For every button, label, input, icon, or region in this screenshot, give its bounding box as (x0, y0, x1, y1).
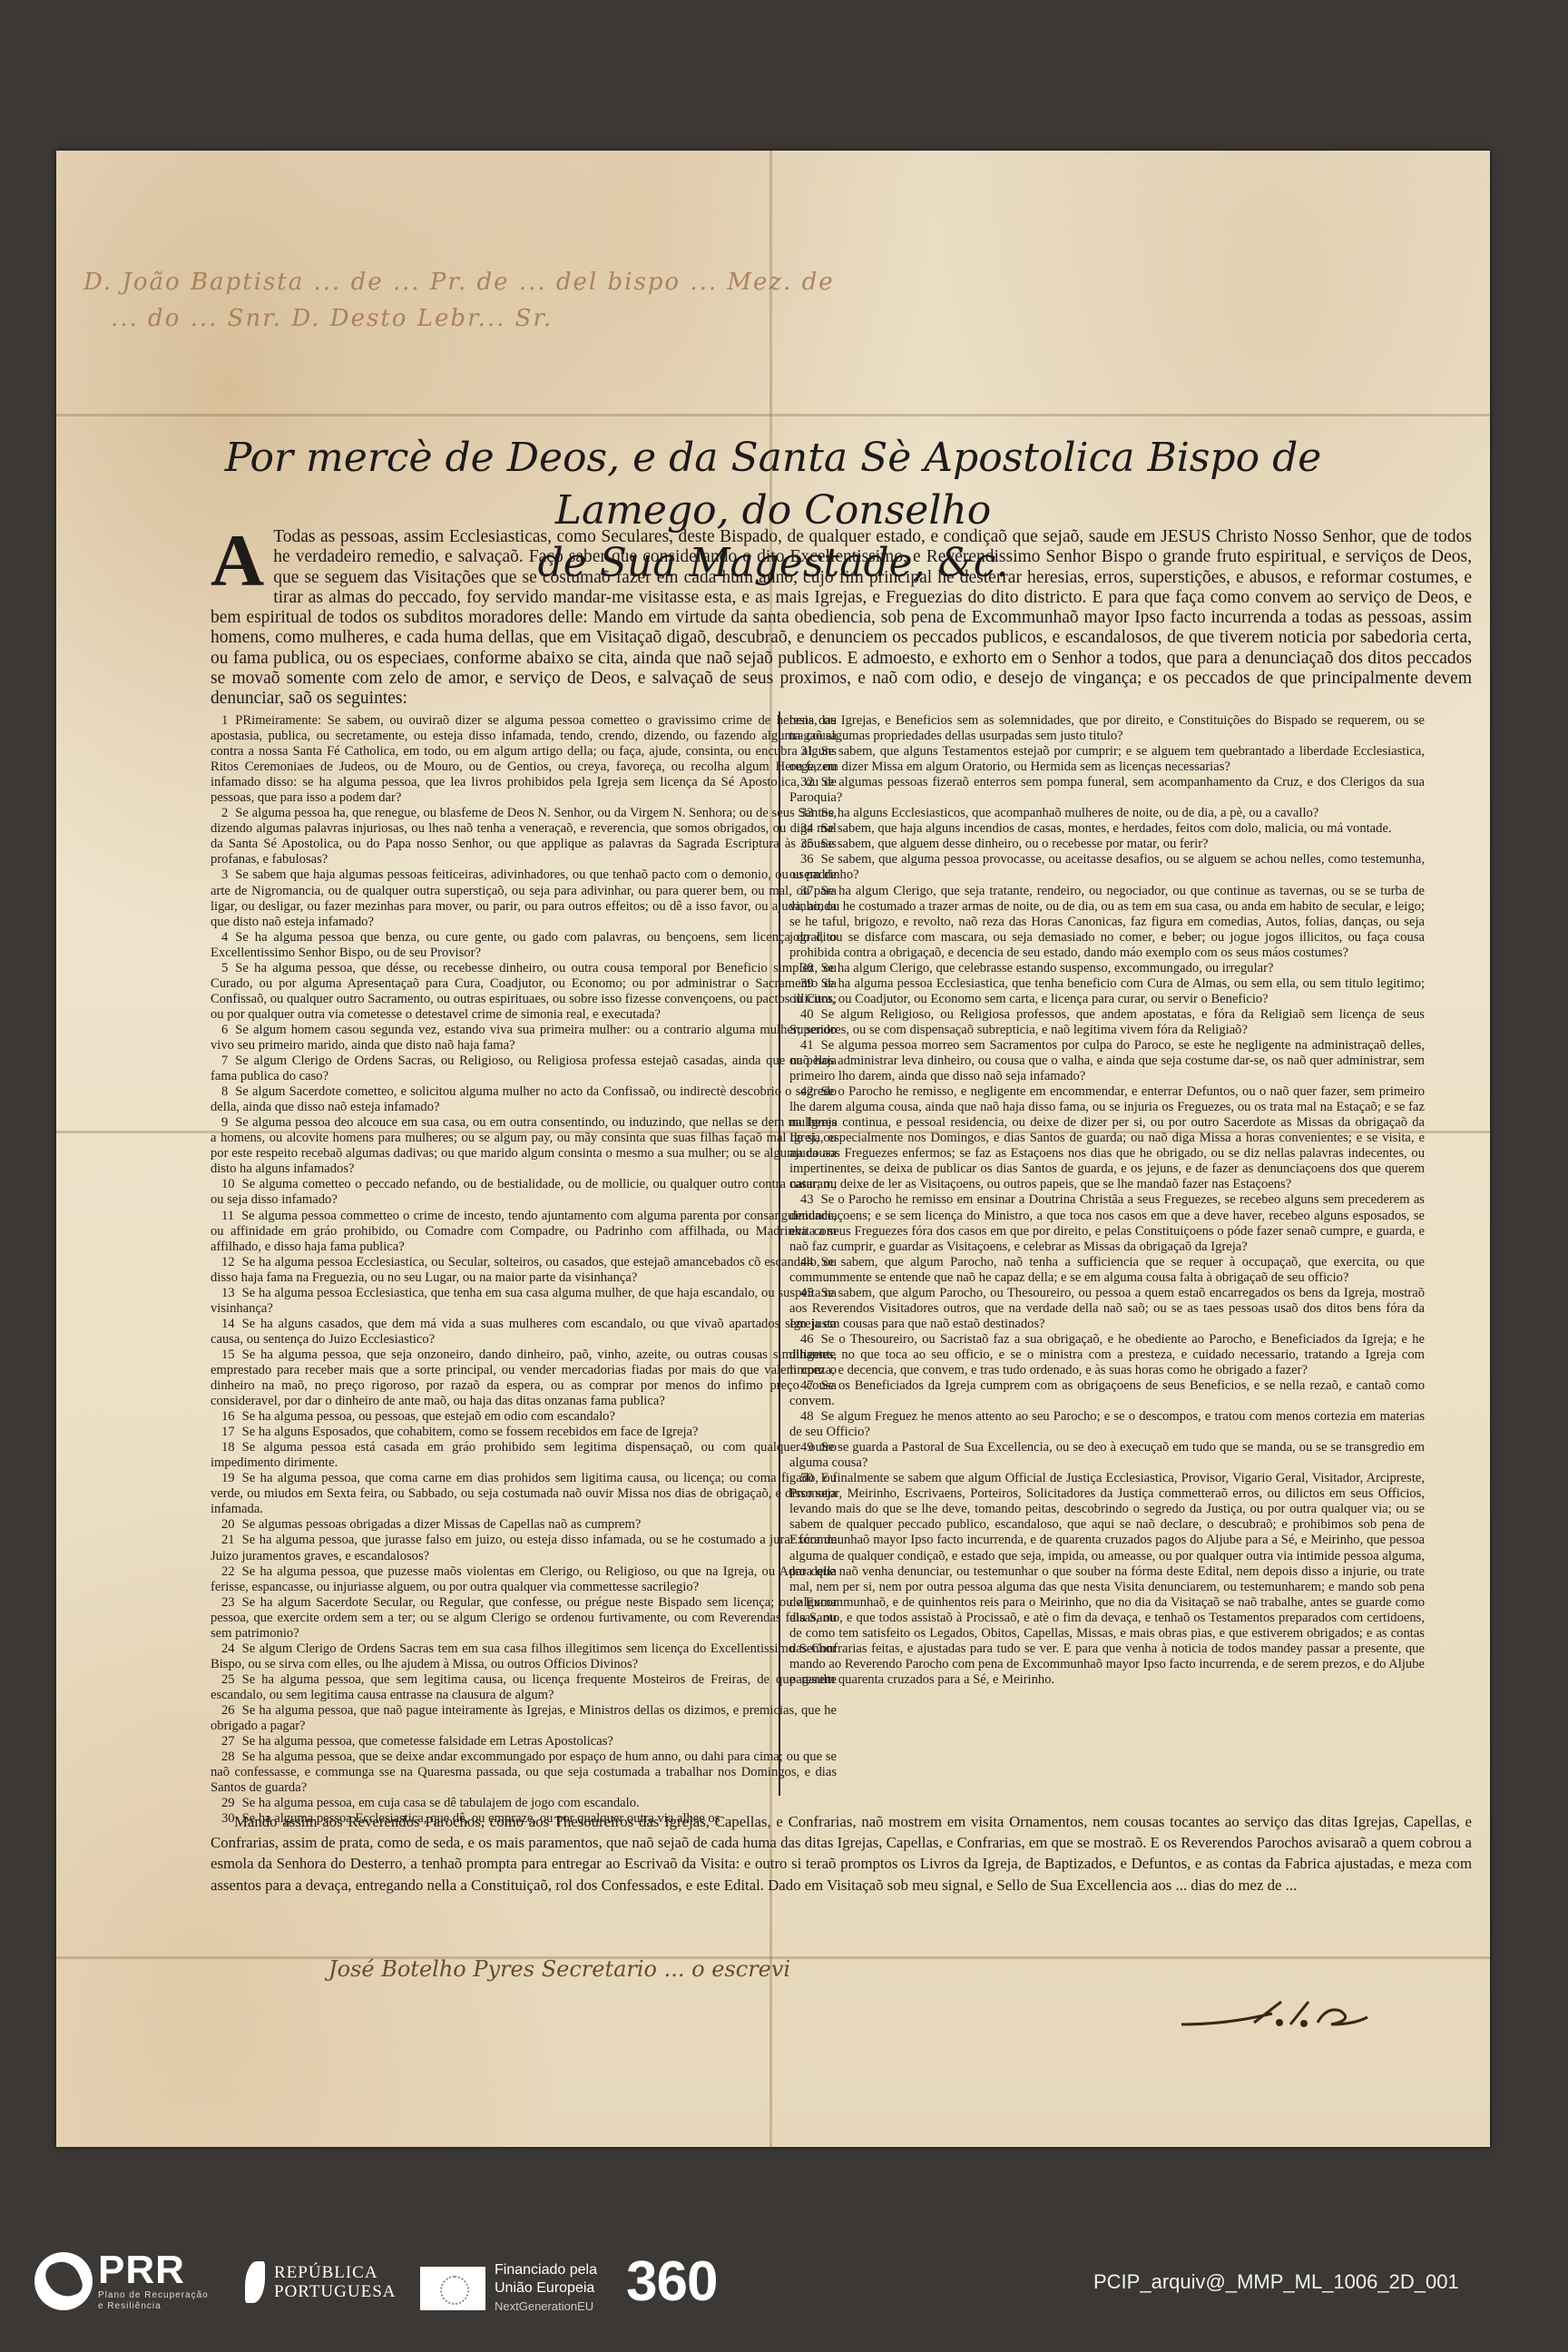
closing-paragraph: Mando assim aos Reverendos Parochos, com… (211, 1811, 1472, 1896)
article-item: 43Se o Parocho he remisso em ensinar a D… (789, 1192, 1425, 1254)
article-text: Se sabem, que alguma pessoa provocasse, … (789, 852, 1425, 882)
article-number: 48 (800, 1409, 814, 1424)
article-text: Se ha alguma pessoa, em cuja casa se dê … (242, 1796, 640, 1810)
article-number: 13 (221, 1286, 235, 1300)
article-item: 21Se ha alguma pessoa, que jurasse falso… (211, 1533, 837, 1563)
article-item: 13Se ha alguma pessoa Ecclesiastica, que… (211, 1286, 837, 1317)
article-number: 41 (800, 1038, 814, 1053)
article-text: Se algum Clerigo de Ordens Sacras tem em… (211, 1641, 837, 1671)
article-text: Se ha alguma pessoa, que naõ pague intei… (211, 1703, 837, 1733)
article-number: 4 (221, 930, 228, 945)
article-text: Se ha alguma pessoa Ecclesiastica, que t… (789, 976, 1425, 1006)
article-item: 17Se ha alguns Esposados, que cohabitem,… (211, 1425, 837, 1440)
article-item: 25Se ha alguma pessoa, que sem legitima … (211, 1672, 837, 1703)
prr-title: PRR (98, 2250, 209, 2290)
logo-360: 360 (626, 2254, 717, 2310)
article-item: 19Se ha alguma pessoa, que coma carne em… (211, 1471, 837, 1517)
article-text: Se algum homem casou segunda vez, estand… (211, 1023, 837, 1053)
prr-subtitle: e Resiliência (98, 2301, 209, 2312)
article-item: 37Se ha algum Clerigo, que seja tratante… (789, 884, 1425, 961)
article-item: 27Se ha alguma pessoa, que cometesse fal… (211, 1734, 837, 1749)
article-text: Se ha alguma pessoa, que se deixe andar … (211, 1749, 837, 1795)
prr-logo: PRR Plano de Recuperação e Resiliência (34, 2250, 209, 2312)
article-item: 42Se o Parocho he remisso, e negligente … (789, 1084, 1425, 1192)
article-number: 7 (221, 1053, 228, 1068)
article-text: Se sabem, que algum Parocho, ou Thesoure… (789, 1286, 1425, 1331)
eu-text: NextGenerationEU (495, 2298, 597, 2316)
article-text: Se alguma pessoa está casada em gráo pro… (211, 1440, 837, 1470)
article-text: Se alguma pessoa morreo sem Sacramentos … (789, 1038, 1425, 1083)
article-item: 40Se algum Religioso, ou Religiosa profe… (789, 1007, 1425, 1038)
article-number: 43 (800, 1192, 814, 1207)
article-text: Se ha alguma pessoa, que seja onzoneiro,… (211, 1347, 837, 1408)
article-item: 23Se ha algum Sacerdote Secular, ou Regu… (211, 1595, 837, 1641)
article-number: 18 (221, 1440, 235, 1455)
article-number: 9 (221, 1115, 228, 1130)
article-number: 45 (800, 1286, 814, 1300)
article-item: 34Se sabem, que haja alguns incendios de… (789, 821, 1425, 837)
eu-text: União Europeia (495, 2279, 597, 2298)
title-line-1: Por mercè de Deos, e da Santa Sè Apostol… (147, 432, 1399, 537)
article-item: 26Se ha alguma pessoa, que naõ pague int… (211, 1703, 837, 1734)
article-number: 26 (221, 1703, 235, 1718)
article-item: 29Se ha alguma pessoa, em cuja casa se d… (211, 1796, 837, 1811)
article-item: 47Se os Beneficiados da Igreja cumprem c… (789, 1378, 1425, 1409)
article-item: 6Se algum homem casou segunda vez, estan… (211, 1023, 837, 1053)
article-item: 22Se ha alguma pessoa, que puzesse maõs … (211, 1564, 837, 1595)
article-item: 31Se sabem, que alguns Testamentos estej… (789, 744, 1425, 775)
article-text: Se sabem que haja algumas pessoas feitic… (211, 867, 837, 928)
article-text: bens das Igrejas, e Beneficios sem as so… (789, 713, 1425, 743)
article-item: 45Se sabem, que algum Parocho, ou Thesou… (789, 1286, 1425, 1332)
article-number: 8 (221, 1084, 228, 1099)
republica-portuguesa-logo: REPÚBLICA PORTUGUESA (245, 2261, 396, 2303)
article-number: 42 (800, 1084, 814, 1099)
article-number: 1 (221, 713, 228, 728)
article-text: Se ha alguma pessoa Ecclesiastica, que t… (211, 1286, 837, 1316)
article-number: 28 (221, 1749, 235, 1764)
prr-subtitle: Plano de Recuperação (98, 2290, 209, 2301)
article-number: 49 (800, 1440, 814, 1455)
article-text: Se ha alguma pessoa, que coma carne em d… (211, 1471, 837, 1516)
article-number: 3 (221, 867, 228, 882)
article-number: 24 (221, 1641, 235, 1656)
article-item: 9Se alguma pessoa deo alcouce em sua cas… (211, 1115, 837, 1177)
article-number: 25 (221, 1672, 235, 1687)
article-number: 16 (221, 1409, 235, 1424)
articles-left-column: 1PRimeiramente: Se sabem, ou ouviraõ diz… (211, 713, 837, 1827)
article-item: 48Se algum Freguez he menos attento ao s… (789, 1409, 1425, 1440)
article-number: 2 (221, 806, 228, 820)
article-item: 11Se alguma pessoa commetteo o crime de … (211, 1209, 837, 1255)
article-text: Se sabem, que alguns Testamentos estejaõ… (789, 744, 1425, 774)
article-number: 31 (800, 744, 814, 759)
article-text: Se ha alguma pessoa, que cometesse falsi… (242, 1734, 613, 1749)
article-number: 15 (221, 1347, 235, 1362)
article-item: 15Se ha alguma pessoa, que seja onzoneir… (211, 1347, 837, 1409)
article-text: PRimeiramente: Se sabem, ou ouviraõ dize… (211, 713, 837, 805)
article-item: 46Se o Thesoureiro, ou Sacristaõ faz a s… (789, 1332, 1425, 1378)
articles-right-column: bens das Igrejas, e Beneficios sem as so… (789, 713, 1425, 1688)
article-number: 11 (221, 1209, 234, 1223)
article-text: Se os Beneficiados da Igreja cumprem com… (789, 1378, 1425, 1408)
article-item: 24Se algum Clerigo de Ordens Sacras tem … (211, 1641, 837, 1672)
document-page: D. João Baptista ... de ... Pr. de ... d… (56, 151, 1490, 2147)
article-text: Se algumas pessoas fizeraõ enterros sem … (789, 775, 1425, 805)
article-text: Se sabem, que haja alguns incendios de c… (821, 821, 1392, 836)
article-item: 44Se sabem, que algum Parocho, naõ tenha… (789, 1255, 1425, 1286)
article-item: 39Se ha alguma pessoa Ecclesiastica, que… (789, 976, 1425, 1007)
drop-cap: A (211, 529, 264, 593)
article-number: 34 (800, 821, 814, 836)
article-text: Se ha alguma pessoa, ou pessoas, que est… (242, 1409, 615, 1424)
article-text: Se se guarda a Pastoral de Sua Excellenc… (789, 1440, 1425, 1470)
article-text: Se alguma pessoa commetteo o crime de in… (211, 1209, 837, 1254)
article-number: 29 (221, 1796, 235, 1810)
article-number: 47 (800, 1378, 814, 1393)
article-text: Se ha algum Sacerdote Secular, ou Regula… (211, 1595, 837, 1641)
article-item: 7Se algum Clerigo de Ordens Sacras, ou R… (211, 1053, 837, 1084)
article-text: Se o Thesoureiro, ou Sacristaõ faz a sua… (789, 1332, 1425, 1377)
article-item: 1PRimeiramente: Se sabem, ou ouviraõ diz… (211, 713, 837, 806)
secretary-signature: José Botelho Pyres Secretario ... o escr… (328, 1956, 790, 1982)
article-number: 50 (800, 1471, 814, 1485)
footer-bar: PRR Plano de Recuperação e Resiliência R… (0, 2214, 1568, 2352)
article-item: 16Se ha alguma pessoa, ou pessoas, que e… (211, 1409, 837, 1425)
article-text: Se ha alguma pessoa, que désse, ou receb… (211, 961, 837, 1022)
closing-text: Mando assim aos Reverendos Parochos, com… (211, 1813, 1472, 1894)
article-item: 14Se ha alguns casados, que dem má vida … (211, 1317, 837, 1347)
article-number: 36 (800, 852, 814, 867)
fold-line-horizontal (56, 414, 1490, 416)
article-text: Se o Parocho he remisso, e negligente em… (789, 1084, 1425, 1191)
article-number: 19 (221, 1471, 235, 1485)
article-text: Se ha alguns casados, que dem má vida a … (211, 1317, 837, 1347)
article-item: 32Se algumas pessoas fizeraõ enterros se… (789, 775, 1425, 806)
article-number: 5 (221, 961, 228, 975)
republica-emblem-icon (245, 2261, 265, 2303)
article-item: 49Se se guarda a Pastoral de Sua Excelle… (789, 1440, 1425, 1471)
article-number: 39 (800, 976, 814, 991)
article-number: 40 (800, 1007, 814, 1022)
article-text: E finalmente se sabem que algum Official… (789, 1471, 1425, 1687)
article-text: Se ha alguns Ecclesiasticos, que acompan… (821, 806, 1319, 820)
article-text: Se algum Sacerdote cometteo, e solicitou… (211, 1084, 837, 1114)
article-text: Se alguma pessoa deo alcouce em sua casa… (211, 1115, 837, 1176)
article-item: 4Se ha alguma pessoa que benza, ou cure … (211, 930, 837, 961)
article-item: 38Se ha algum Clerigo, que celebrasse es… (789, 961, 1425, 976)
article-text: Se o Parocho he remisso em ensinar a Dou… (789, 1192, 1425, 1253)
eu-text: Financiado pela (495, 2261, 597, 2279)
article-text: Se ha alguma pessoa, que jurasse falso e… (211, 1533, 837, 1563)
archive-identifier: PCIP_arquiv@_MMP_ML_1006_2D_001 (1093, 2270, 1459, 2294)
article-text: Se ha alguma pessoa, que puzesse maõs vi… (211, 1564, 837, 1594)
bishop-signature (1172, 1997, 1381, 2033)
intro-paragraph: A Todas as pessoas, assim Ecclesiasticas… (211, 527, 1472, 710)
article-number: 21 (221, 1533, 235, 1547)
article-number: 27 (221, 1734, 235, 1749)
article-number: 17 (221, 1425, 235, 1439)
intro-text: Todas as pessoas, assim Ecclesiasticas, … (211, 527, 1472, 708)
article-text: Se ha alguma pessoa, que sem legitima ca… (211, 1672, 837, 1702)
handwritten-annotation: ... do ... Snr. D. Desto Lebr... Sr. (111, 305, 553, 332)
article-item: 18Se alguma pessoa está casada em gráo p… (211, 1440, 837, 1471)
article-text: Se sabem, que alguem desse dinheiro, ou … (821, 837, 1209, 851)
article-item: bens das Igrejas, e Beneficios sem as so… (789, 713, 1425, 744)
article-number: 10 (221, 1177, 235, 1191)
article-item: 41Se alguma pessoa morreo sem Sacramento… (789, 1038, 1425, 1084)
article-text: Se ha alguma pessoa que benza, ou cure g… (211, 930, 837, 960)
article-number: 32 (800, 775, 814, 789)
article-text: Se sabem, que algum Parocho, naõ tenha a… (789, 1255, 1425, 1285)
article-number: 35 (800, 837, 814, 851)
article-number: 6 (221, 1023, 228, 1037)
article-number: 12 (221, 1255, 235, 1269)
article-item: 5Se ha alguma pessoa, que désse, ou rece… (211, 961, 837, 1023)
article-item: 33Se ha alguns Ecclesiasticos, que acomp… (789, 806, 1425, 821)
article-text: Se alguma cometteo o peccado nefando, ou… (211, 1177, 837, 1207)
republica-text: REPÚBLICA (274, 2263, 396, 2282)
article-text: Se alguma pessoa ha, que renegue, ou bla… (211, 806, 837, 867)
article-item: 35Se sabem, que alguem desse dinheiro, o… (789, 837, 1425, 852)
article-text: Se ha alguma pessoa Ecclesiastica, ou Se… (211, 1255, 837, 1285)
article-item: 10Se alguma cometteo o peccado nefando, … (211, 1177, 837, 1208)
article-text: Se ha alguns Esposados, que cohabitem, c… (242, 1425, 699, 1439)
article-number: 23 (221, 1595, 235, 1610)
article-item: 36Se sabem, que alguma pessoa provocasse… (789, 852, 1425, 883)
article-item: 3Se sabem que haja algumas pessoas feiti… (211, 867, 837, 929)
article-text: Se algum Clerigo de Ordens Sacras, ou Re… (211, 1053, 837, 1083)
article-item: 50E finalmente se sabem que algum Offici… (789, 1471, 1425, 1688)
article-number: 38 (800, 961, 814, 975)
article-item: 8Se algum Sacerdote cometteo, e solicito… (211, 1084, 837, 1115)
article-text: Se algum Freguez he menos attento ao seu… (789, 1409, 1425, 1439)
article-text: Se algum Religioso, ou Religiosa profess… (789, 1007, 1425, 1037)
article-number: 37 (800, 884, 814, 898)
eu-funding-logo: Financiado pela União Europeia NextGener… (420, 2261, 597, 2316)
article-number: 44 (800, 1255, 814, 1269)
article-item: 28Se ha alguma pessoa, que se deixe anda… (211, 1749, 837, 1796)
article-text: Se ha algum Clerigo, que celebrasse esta… (821, 961, 1274, 975)
article-item: 20Se algumas pessoas obrigadas a dizer M… (211, 1517, 837, 1533)
article-item: 2Se alguma pessoa ha, que renegue, ou bl… (211, 806, 837, 867)
column-divider (779, 711, 780, 1796)
article-number: 46 (800, 1332, 814, 1347)
article-number: 14 (221, 1317, 235, 1331)
eu-flag-icon (420, 2267, 485, 2310)
handwritten-annotation: D. João Baptista ... de ... Pr. de ... d… (83, 269, 835, 296)
article-text: Se algumas pessoas obrigadas a dizer Mis… (242, 1517, 642, 1532)
prr-emblem-icon (34, 2252, 93, 2310)
article-text: Se ha algum Clerigo, que seja tratante, … (789, 884, 1425, 960)
article-number: 33 (800, 806, 814, 820)
article-number: 22 (221, 1564, 235, 1579)
republica-text: PORTUGUESA (274, 2282, 396, 2301)
article-item: 12Se ha alguma pessoa Ecclesiastica, ou … (211, 1255, 837, 1286)
article-number: 20 (221, 1517, 235, 1532)
